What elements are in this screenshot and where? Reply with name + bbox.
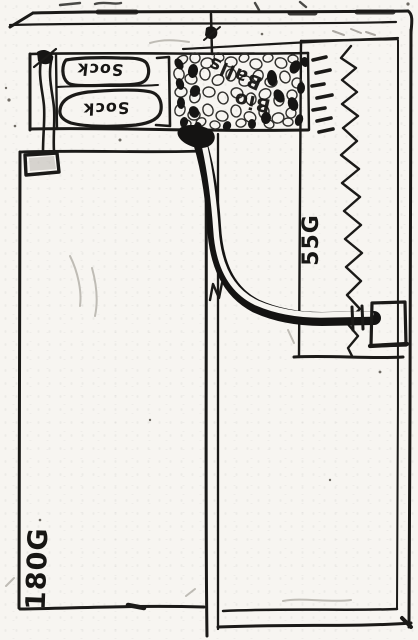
small-tank-label: 55G [300,211,324,269]
inlet-hose-line-b [50,57,54,152]
top-rail-outer-line [33,11,408,13]
sump-bottom-edge [30,129,308,131]
small-tank-top-edge [301,39,397,41]
trickle-dashes [312,57,333,132]
large-tank-left-wall [19,152,20,608]
bio-ball [283,118,293,126]
bio-ball [209,120,220,130]
large-tank-label: 180G [22,530,55,611]
sock-label-1: Sock [69,59,131,79]
right-wall-outer [409,30,411,627]
small-tank-bottom-edge [294,356,403,357]
ink-scribbles-top-edge [60,2,306,10]
bio-ball [201,103,215,118]
bio-ball [215,110,229,123]
large-tank-top-edge [20,151,205,152]
bottom-right-inner-edge [223,609,397,611]
bottom-right-outer-edge [218,623,411,627]
bio-ball [278,69,292,84]
sketch-canvas [0,0,418,640]
pump-box-bottom-overdraw [370,344,407,346]
bio-ball [203,87,216,98]
bio-ball-dark [297,82,306,94]
sock-label-2: Sock [76,98,137,119]
bio-ball-dark [177,97,185,109]
right-wall-inner [397,40,398,609]
hatch-marks-top-right [333,29,375,35]
divider-break-squiggle [210,283,222,300]
center-divider-left-line [206,152,207,636]
bio-ball [273,56,288,70]
inlet-hose-line-a [40,56,44,152]
top-rail-inner-line [10,22,396,25]
drip-box-shading [29,156,56,171]
bio-ball [235,118,247,128]
main-hose-start-blob [177,125,214,148]
large-tank-bottom-tick [128,605,144,608]
sump-inlet-chamber-divider [56,55,57,129]
hand-drawn-aquarium-diagram: Sock Sock Balls Bio 180G 55G [0,0,418,640]
